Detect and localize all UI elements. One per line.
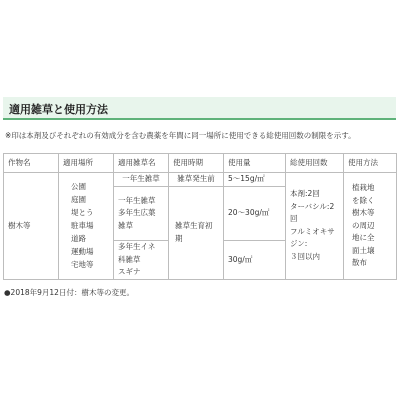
place-item: 道路	[71, 232, 109, 245]
section-title: 適用雑草と使用方法	[9, 101, 108, 117]
method-cell: 植栽地を除く樹木等の周辺地に全面土壌散布	[344, 173, 397, 280]
amount-cell: 20～30g/㎡	[224, 187, 286, 241]
amount-cell: 5～15g/㎡	[224, 173, 286, 187]
crop-cell: 樹木等	[4, 173, 59, 280]
place-item: 運動場	[71, 245, 109, 258]
amount-cell: 30g/㎡	[224, 241, 286, 280]
header-method: 使用方法	[344, 154, 397, 173]
weed-cell: 一年生雑草 多年生広葉雑草	[114, 187, 169, 241]
place-item: 公園	[71, 180, 109, 193]
header-weed: 適用雑草名	[114, 154, 169, 173]
total-uses-line: ターバシル:2回	[290, 201, 339, 226]
header-crop: 作物名	[4, 154, 59, 173]
table-row: 樹木等 公園庭園堤とう駐車場道路運動場宅地等 一年生雑草 雑草発生前 5～15g…	[4, 173, 397, 187]
place-cell: 公園庭園堤とう駐車場道路運動場宅地等	[59, 173, 114, 280]
footnote: ●2018年9月12日付：樹木等の変更。	[4, 287, 134, 298]
usage-note: ※印は本剤及びそれぞれの有効成分を含む農薬を年間に同一場所に使用できる総使用回数…	[5, 130, 356, 141]
place-item: 宅地等	[71, 258, 109, 271]
usage-table: 作物名 適用場所 適用雑草名 使用時期 使用量 総使用回数 使用方法 樹木等 公…	[3, 153, 397, 280]
timing-cell: 雑草発生前	[169, 173, 224, 187]
total-uses-line: 本剤:2回	[290, 188, 339, 201]
section-header: 適用雑草と使用方法	[3, 97, 396, 120]
header-amount: 使用量	[224, 154, 286, 173]
total-uses-line: フルミオキサジン:	[290, 226, 339, 251]
table-header-row: 作物名 適用場所 適用雑草名 使用時期 使用量 総使用回数 使用方法	[4, 154, 397, 173]
header-timing: 使用時期	[169, 154, 224, 173]
timing-cell: 雑草生育初期	[169, 187, 224, 280]
weed-cell: 多年生イネ科雑草 スギナ	[114, 241, 169, 280]
total-uses-line: ３回以内	[290, 251, 339, 264]
header-place: 適用場所	[59, 154, 114, 173]
weed-cell: 一年生雑草	[114, 173, 169, 187]
place-item: 駐車場	[71, 219, 109, 232]
place-item: 堤とう	[71, 206, 109, 219]
place-item: 庭園	[71, 193, 109, 206]
header-total-uses: 総使用回数	[286, 154, 344, 173]
total-uses-cell: 本剤:2回ターバシル:2回フルミオキサジン:３回以内	[286, 173, 344, 280]
